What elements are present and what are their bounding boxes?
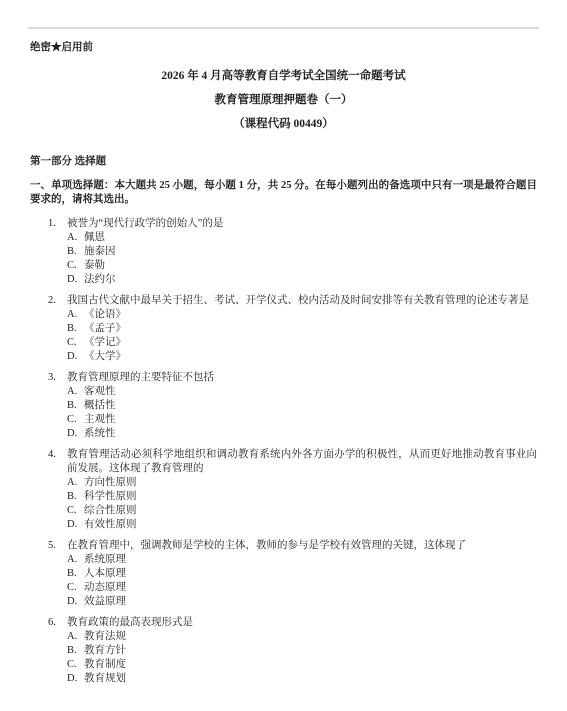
question-body: 教育政策的最高表现形式是 A. 教育法规 B. 教育方针 C. 教育制度 D. … — [67, 616, 537, 686]
exam-title: 2026 年 4 月高等教育自学考试全国统一命题考试 — [30, 64, 537, 88]
page-content: 绝密★启用前 2026 年 4 月高等教育自学考试全国统一命题考试 教育管理原理… — [30, 28, 537, 686]
option-row: A. 系统原理 — [67, 553, 537, 567]
option-label: B. — [67, 644, 84, 658]
option-row: D. 系统性 — [67, 427, 537, 441]
option-row: B. 教育方针 — [67, 644, 537, 658]
option-text: 系统性 — [84, 427, 537, 441]
question-body: 在教育管理中，强调教师是学校的主体，教师的参与是学校有效管理的关键，这体现了 A… — [67, 539, 537, 609]
option-text: 人本原理 — [84, 567, 537, 581]
question-stem: 我国古代文献中最早关于招生、考试、开学仪式、校内活动及时间安排等有关教育管理的论… — [67, 294, 537, 308]
option-text: 有效性原则 — [84, 518, 537, 532]
option-label: C. — [67, 658, 84, 672]
option-label: A. — [67, 476, 84, 490]
instructions-paragraph: 一、单项选择题：本大题共 25 小题，每小题 1 分，共 25 分。在每小题列出… — [30, 179, 537, 207]
option-text: 客观性 — [84, 385, 537, 399]
question-item: 3. 教育管理原理的主要特征不包括 A. 客观性 B. 概括性 C. 主观性 D… — [30, 371, 537, 441]
question-item: 2. 我国古代文献中最早关于招生、考试、开学仪式、校内活动及时间安排等有关教育管… — [30, 294, 537, 364]
document-page: 绝密★启用前 2026 年 4 月高等教育自学考试全国统一命题考试 教育管理原理… — [0, 0, 567, 711]
question-stem: 教育管理活动必须科学地组织和调动教育系统内外各方面办学的积极性，从而更好地推动教… — [67, 448, 537, 476]
option-row: D. 教育规划 — [67, 672, 537, 686]
option-row: C. 教育制度 — [67, 658, 537, 672]
question-body: 教育管理活动必须科学地组织和调动教育系统内外各方面办学的积极性，从而更好地推动教… — [67, 448, 537, 532]
option-text: 佩恩 — [84, 231, 537, 245]
section-heading: 第一部分 选择题 — [30, 155, 537, 169]
option-label: A. — [67, 308, 84, 322]
option-row: D. 有效性原则 — [67, 518, 537, 532]
option-text: 《学记》 — [84, 336, 537, 350]
option-label: B. — [67, 490, 84, 504]
option-row: D. 法约尔 — [67, 273, 537, 287]
option-list: A. 佩恩 B. 施泰因 C. 泰勒 D. 法约尔 — [67, 231, 537, 287]
option-text: 科学性原则 — [84, 490, 537, 504]
option-text: 教育制度 — [84, 658, 537, 672]
option-label: C. — [67, 504, 84, 518]
option-label: A. — [67, 553, 84, 567]
option-list: A. 教育法规 B. 教育方针 C. 教育制度 D. 教育规划 — [67, 630, 537, 686]
question-body: 教育管理原理的主要特征不包括 A. 客观性 B. 概括性 C. 主观性 D. 系… — [67, 371, 537, 441]
option-label: C. — [67, 413, 84, 427]
option-text: 教育方针 — [84, 644, 537, 658]
option-label: B. — [67, 322, 84, 336]
question-stem: 在教育管理中，强调教师是学校的主体，教师的参与是学校有效管理的关键，这体现了 — [67, 539, 537, 553]
option-row: B. 概括性 — [67, 399, 537, 413]
option-text: 泰勒 — [84, 259, 537, 273]
question-stem: 被誉为“现代行政学的创始人”的是 — [67, 217, 537, 231]
option-label: B. — [67, 567, 84, 581]
question-list: 1. 被誉为“现代行政学的创始人”的是 A. 佩恩 B. 施泰因 C. 泰勒 D… — [30, 217, 537, 686]
option-row: B. 《孟子》 — [67, 322, 537, 336]
option-text: 动态原理 — [84, 581, 537, 595]
option-row: A. 客观性 — [67, 385, 537, 399]
option-row: B. 施泰因 — [67, 245, 537, 259]
option-row: C. 综合性原则 — [67, 504, 537, 518]
security-label: 绝密★启用前 — [30, 41, 537, 55]
option-text: 方向性原则 — [84, 476, 537, 490]
option-label: A. — [67, 385, 84, 399]
question-item: 5. 在教育管理中，强调教师是学校的主体，教师的参与是学校有效管理的关键，这体现… — [30, 539, 537, 609]
question-number: 6. — [48, 616, 67, 686]
option-label: D. — [67, 350, 84, 364]
question-item: 1. 被誉为“现代行政学的创始人”的是 A. 佩恩 B. 施泰因 C. 泰勒 D… — [30, 217, 537, 287]
option-label: D. — [67, 273, 84, 287]
option-row: A. 《论语》 — [67, 308, 537, 322]
option-text: 教育规划 — [84, 672, 537, 686]
question-item: 4. 教育管理活动必须科学地组织和调动教育系统内外各方面办学的积极性，从而更好地… — [30, 448, 537, 532]
question-body: 被誉为“现代行政学的创始人”的是 A. 佩恩 B. 施泰因 C. 泰勒 D. 法… — [67, 217, 537, 287]
option-text: 主观性 — [84, 413, 537, 427]
question-number: 5. — [48, 539, 67, 609]
option-text: 系统原理 — [84, 553, 537, 567]
question-body: 我国古代文献中最早关于招生、考试、开学仪式、校内活动及时间安排等有关教育管理的论… — [67, 294, 537, 364]
option-label: C. — [67, 259, 84, 273]
paper-title: 教育管理原理押题卷（一） — [30, 88, 537, 112]
option-label: D. — [67, 518, 84, 532]
question-stem: 教育政策的最高表现形式是 — [67, 616, 537, 630]
option-text: 概括性 — [84, 399, 537, 413]
option-row: A. 方向性原则 — [67, 476, 537, 490]
option-row: D. 效益原理 — [67, 595, 537, 609]
option-row: A. 佩恩 — [67, 231, 537, 245]
option-text: 《大学》 — [84, 350, 537, 364]
title-block: 2026 年 4 月高等教育自学考试全国统一命题考试 教育管理原理押题卷（一） … — [30, 64, 537, 136]
option-label: D. — [67, 595, 84, 609]
option-text: 施泰因 — [84, 245, 537, 259]
option-row: B. 人本原理 — [67, 567, 537, 581]
option-text: 法约尔 — [84, 273, 537, 287]
option-list: A. 系统原理 B. 人本原理 C. 动态原理 D. 效益原理 — [67, 553, 537, 609]
option-text: 《孟子》 — [84, 322, 537, 336]
question-number: 2. — [48, 294, 67, 364]
option-row: B. 科学性原则 — [67, 490, 537, 504]
option-row: C. 《学记》 — [67, 336, 537, 350]
option-row: D. 《大学》 — [67, 350, 537, 364]
question-number: 4. — [48, 448, 67, 532]
option-label: D. — [67, 672, 84, 686]
option-text: 综合性原则 — [84, 504, 537, 518]
option-row: C. 泰勒 — [67, 259, 537, 273]
option-label: A. — [67, 231, 84, 245]
option-label: B. — [67, 399, 84, 413]
option-text: 《论语》 — [84, 308, 537, 322]
option-list: A. 客观性 B. 概括性 C. 主观性 D. 系统性 — [67, 385, 537, 441]
option-row: C. 主观性 — [67, 413, 537, 427]
option-label: A. — [67, 630, 84, 644]
option-label: C. — [67, 581, 84, 595]
question-stem: 教育管理原理的主要特征不包括 — [67, 371, 537, 385]
option-text: 效益原理 — [84, 595, 537, 609]
option-row: C. 动态原理 — [67, 581, 537, 595]
option-text: 教育法规 — [84, 630, 537, 644]
question-number: 1. — [48, 217, 67, 287]
option-list: A. 方向性原则 B. 科学性原则 C. 综合性原则 D. 有效性原则 — [67, 476, 537, 532]
option-list: A. 《论语》 B. 《孟子》 C. 《学记》 D. 《大学》 — [67, 308, 537, 364]
question-item: 6. 教育政策的最高表现形式是 A. 教育法规 B. 教育方针 C. 教育制度 … — [30, 616, 537, 686]
option-label: C. — [67, 336, 84, 350]
question-number: 3. — [48, 371, 67, 441]
option-row: A. 教育法规 — [67, 630, 537, 644]
option-label: B. — [67, 245, 84, 259]
course-code: （课程代码 00449） — [30, 112, 537, 136]
option-label: D. — [67, 427, 84, 441]
